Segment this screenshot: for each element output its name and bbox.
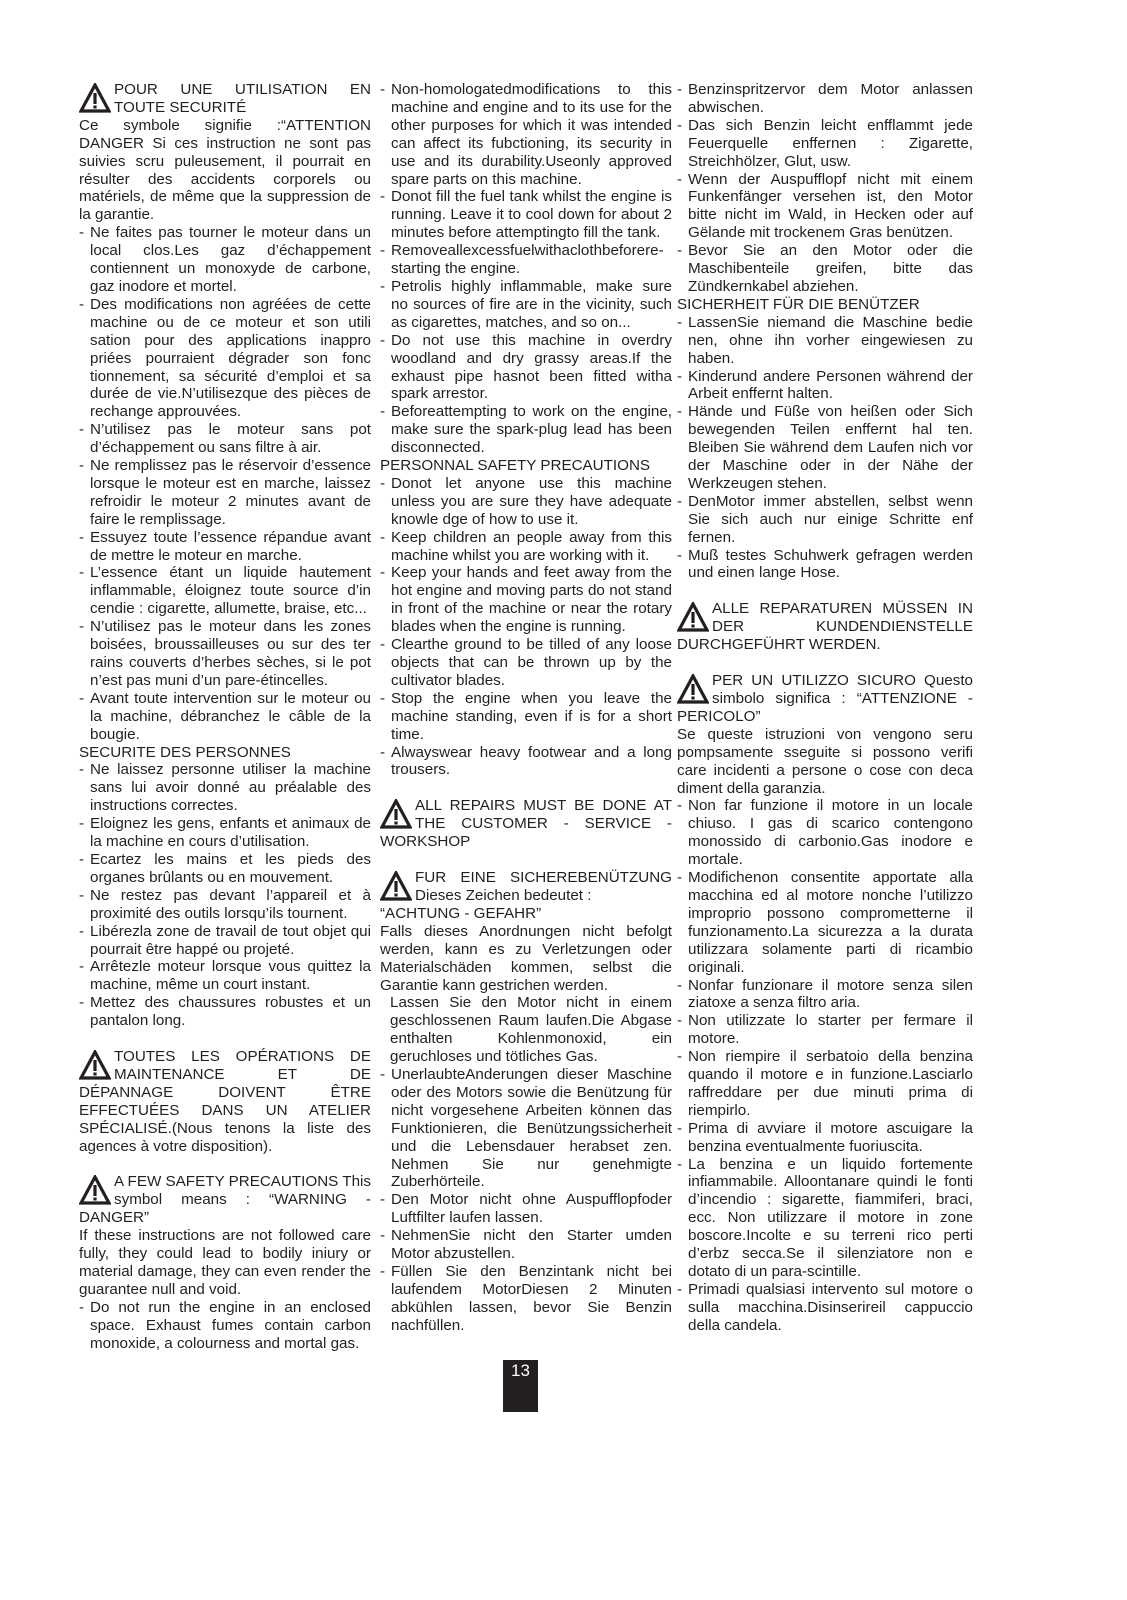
list-item: -Keep your hands and feet away from the … <box>380 564 672 636</box>
list-item-text: Non utilizzate lo starter per fermare il… <box>688 1012 973 1047</box>
bullet-dash: - <box>79 457 90 475</box>
list-item-text: Donot fill the fuel tank whilst the engi… <box>391 188 672 241</box>
bullet-dash: - <box>677 314 688 332</box>
bullet-dash: - <box>677 797 688 815</box>
list-item-text: Keep children an people away from this m… <box>391 529 672 564</box>
bullet-dash: - <box>79 1299 90 1317</box>
list-item: -N’utilisez pas le moteur dans les zones… <box>79 618 371 690</box>
list-item: -Removeallexcessfuelwithaclothbeforere-s… <box>380 242 672 278</box>
warning-notice: ALLE REPARATUREN MÜSSEN IN DER KUNDENDIE… <box>677 600 973 654</box>
bullet-dash: - <box>380 403 391 421</box>
list-item-text: Ne faites pas tourner le moteur dans un … <box>90 224 371 295</box>
bullet-dash: - <box>677 1048 688 1066</box>
list-item-text: Hände und Füße von heißen oder Sich bewe… <box>688 403 973 492</box>
bullet-dash: - <box>79 761 90 779</box>
list-item-text: Eloignez les gens, enfants et animaux de… <box>90 815 371 850</box>
list-item: -Do not run the engine in an enclosed sp… <box>79 1299 371 1353</box>
bullet-dash: - <box>79 815 90 833</box>
warning-notice: FUR EINE SICHEREBENÜTZUNG Dieses Zeichen… <box>380 869 672 905</box>
list-item-text: Mettez des chaussures robustes et un pan… <box>90 994 371 1029</box>
section-heading: SICHERHEIT FÜR DIE BENÜTZER <box>677 296 973 314</box>
list-item: -UnerlaubteAnderungen dieser Maschine od… <box>380 1066 672 1191</box>
list-item-text: Wenn der Auspufflopf nicht mit einem Fun… <box>688 171 973 242</box>
list-item-text: La benzina e un liquido fortemente infia… <box>688 1156 973 1280</box>
bullet-dash: - <box>677 1012 688 1030</box>
list-item-text: Das sich Benzin leicht enfflammt jede Fe… <box>688 117 973 170</box>
warning-title: PER UN UTILIZZO SICURO Questo simbolo si… <box>677 672 973 725</box>
paragraph: Ce symbole signifie :“ATTENTION DANGER S… <box>79 117 371 224</box>
list-item-text: Füllen Sie den Benzintank nicht bei lauf… <box>391 1263 672 1334</box>
list-item: -Primadi qualsiasi intervento sul motore… <box>677 1281 973 1335</box>
list-item-text: NehmenSie nicht den Starter umden Motor … <box>391 1227 672 1262</box>
list-item-text: Benzinspritzervor dem Motor anlassen abw… <box>688 81 973 116</box>
spacer <box>79 1155 371 1173</box>
bullet-dash: - <box>79 958 90 976</box>
list-item: -Das sich Benzin leicht enfflammt jede F… <box>677 117 973 171</box>
spacer <box>380 779 672 797</box>
warning-notice: PER UN UTILIZZO SICURO Questo simbolo si… <box>677 672 973 726</box>
bullet-dash: - <box>380 564 391 582</box>
list-item: -Alwayswear heavy footwear and a long tr… <box>380 744 672 780</box>
list-item-text: Stop the engine when you leave the machi… <box>391 690 672 743</box>
list-item-text: Donot let anyone use this machine unless… <box>391 475 672 528</box>
list-item: -Benzinspritzervor dem Motor anlassen ab… <box>677 81 973 117</box>
list-item-text: Primadi qualsiasi intervento sul motore … <box>688 1281 973 1334</box>
warning-title: FUR EINE SICHEREBENÜTZUNG Dieses Zeichen… <box>415 869 672 904</box>
list-item: -Kinderund andere Personen während der A… <box>677 368 973 404</box>
bullet-dash: - <box>677 1120 688 1138</box>
list-item-text: LassenSie niemand die Maschine bedie nen… <box>688 314 973 367</box>
list-item: -Ecartez les mains et les pieds des orga… <box>79 851 371 887</box>
list-item: -Ne faites pas tourner le moteur dans un… <box>79 224 371 296</box>
bullet-dash: - <box>79 690 90 708</box>
list-item: -Muß testes Schuhwerk gefragen werden un… <box>677 547 973 583</box>
list-item-text: Arrêtezle moteur lorsque vous quittez la… <box>90 958 371 993</box>
bullet-dash: - <box>380 1227 391 1245</box>
warning-title: TOUTES LES OPÉRATIONS DE MAINTENANCE ET … <box>79 1048 371 1155</box>
spacer <box>677 582 973 600</box>
warning-title: A FEW SAFETY PRECAUTIONS This symbol mea… <box>79 1173 371 1226</box>
bullet-dash: - <box>79 994 90 1012</box>
list-item: -Mettez des chaussures robustes et un pa… <box>79 994 371 1030</box>
list-item: -L’essence étant un liquide hautement in… <box>79 564 371 618</box>
list-item: -Donot let anyone use this machine unles… <box>380 475 672 529</box>
list-item-text: Non far funzione il motore in un locale … <box>688 797 973 868</box>
list-item: -Modifichenon consentite apportate alla … <box>677 869 973 976</box>
list-item: -Ne laissez personne utiliser la machine… <box>79 761 371 815</box>
warning-title: ALL REPAIRS MUST BE DONE AT THE CUSTOMER… <box>380 797 672 850</box>
list-item: -Beforeattempting to work on the engine,… <box>380 403 672 457</box>
list-item: -Ne remplissez pas le réservoir d’essenc… <box>79 457 371 529</box>
list-item-text: Beforeattempting to work on the engine, … <box>391 403 672 456</box>
warning-title: POUR UNE UTILISATION EN TOUTE SECURITÉ <box>114 81 371 116</box>
list-item-text: Alwayswear heavy footwear and a long tro… <box>391 744 672 779</box>
bullet-dash: - <box>380 1191 391 1209</box>
list-item-text: UnerlaubteAnderungen dieser Maschine ode… <box>391 1066 672 1190</box>
bullet-dash: - <box>677 403 688 421</box>
list-item: -Arrêtezle moteur lorsque vous quittez l… <box>79 958 371 994</box>
list-item-text: N’utilisez pas le moteur dans les zones … <box>90 618 371 689</box>
list-item: -Clearthe ground to be tilled of any loo… <box>380 636 672 690</box>
paragraph: If these instructions are not followed c… <box>79 1227 371 1299</box>
list-item: -NehmenSie nicht den Starter umden Motor… <box>380 1227 672 1263</box>
bullet-dash: - <box>380 278 391 296</box>
list-item: -Stop the engine when you leave the mach… <box>380 690 672 744</box>
list-item-text: Ne remplissez pas le réservoir d’essence… <box>90 457 371 528</box>
paragraph: “ACHTUNG - GEFAHR” <box>380 905 672 923</box>
paragraph: Se queste istruzioni von vengono seru po… <box>677 726 973 798</box>
bullet-dash: - <box>677 869 688 887</box>
warning-notice: ALL REPAIRS MUST BE DONE AT THE CUSTOMER… <box>380 797 672 851</box>
list-item-text: Modifichenon consentite apportate alla m… <box>688 869 973 976</box>
bullet-dash: - <box>677 547 688 565</box>
bullet-dash: - <box>380 1066 391 1084</box>
warning-triangle-icon <box>79 1175 111 1205</box>
list-item-text: Kinderund andere Personen während der Ar… <box>688 368 973 403</box>
list-item: -Eloignez les gens, enfants et animaux d… <box>79 815 371 851</box>
warning-triangle-icon <box>79 1050 111 1080</box>
list-item: -Wenn der Auspufflopf nicht mit einem Fu… <box>677 171 973 243</box>
list-item-text: Keep your hands and feet away from the h… <box>391 564 672 635</box>
warning-notice: TOUTES LES OPÉRATIONS DE MAINTENANCE ET … <box>79 1048 371 1155</box>
list-item-text: Nonfar funzionare il motore senza silen … <box>688 977 973 1012</box>
list-item-text: Muß testes Schuhwerk gefragen werden und… <box>688 547 973 582</box>
warning-title: ALLE REPARATUREN MÜSSEN IN DER KUNDENDIE… <box>677 600 973 653</box>
bullet-dash: - <box>677 368 688 386</box>
list-item-text: Essuyez toute l’essence répandue avant d… <box>90 529 371 564</box>
bullet-dash: - <box>380 188 391 206</box>
page-number-badge: 13 <box>503 1360 538 1412</box>
list-item-text: N’utilisez pas le moteur sans pot d’écha… <box>90 421 371 456</box>
bullet-dash: - <box>677 1156 688 1174</box>
bullet-dash: - <box>79 618 90 636</box>
bullet-dash: - <box>79 564 90 582</box>
list-item: -Füllen Sie den Benzintank nicht bei lau… <box>380 1263 672 1335</box>
bullet-dash: - <box>79 421 90 439</box>
warning-notice: A FEW SAFETY PRECAUTIONS This symbol mea… <box>79 1173 371 1227</box>
bullet-dash: - <box>677 117 688 135</box>
bullet-dash: - <box>79 923 90 941</box>
bullet-dash: - <box>79 851 90 869</box>
list-item: -Non utilizzate lo starter per fermare i… <box>677 1012 973 1048</box>
warning-triangle-icon <box>677 602 709 632</box>
spacer <box>677 654 973 672</box>
list-item: -Keep children an people away from this … <box>380 529 672 565</box>
bullet-dash: - <box>79 529 90 547</box>
bullet-dash: - <box>380 529 391 547</box>
list-item: -Non-homologatedmodifications to this ma… <box>380 81 672 188</box>
spacer <box>380 851 672 869</box>
warning-triangle-icon <box>380 799 412 829</box>
list-item-text: Non riempire il serbatoio della benzina … <box>688 1048 973 1119</box>
section-heading: PERSONNAL SAFETY PRECAUTIONS <box>380 457 672 475</box>
paragraph: Falls dieses Anordnungen nicht befolgt w… <box>380 923 672 995</box>
bullet-dash: - <box>380 242 391 260</box>
column-english-german: -Non-homologatedmodifications to this ma… <box>380 81 672 1335</box>
bullet-dash: - <box>79 224 90 242</box>
bullet-dash: - <box>380 475 391 493</box>
list-item: -Des modifications non agréées de cette … <box>79 296 371 421</box>
list-item: -Non far funzione il motore in un locale… <box>677 797 973 869</box>
list-item: -Bevor Sie an den Motor oder die Maschib… <box>677 242 973 296</box>
list-item-text: Libérezla zone de travail de tout objet … <box>90 923 371 958</box>
list-item-text: Avant toute intervention sur le moteur o… <box>90 690 371 743</box>
bullet-dash: - <box>380 81 391 99</box>
bullet-dash: - <box>79 296 90 314</box>
list-item: -Non riempire il serbatoio della benzina… <box>677 1048 973 1120</box>
bullet-dash: - <box>677 171 688 189</box>
warning-triangle-icon <box>677 674 709 704</box>
list-item: -Den Motor nicht ohne Auspufflopfoder Lu… <box>380 1191 672 1227</box>
list-item: -LassenSie niemand die Maschine bedie ne… <box>677 314 973 368</box>
list-item: -Avant toute intervention sur le moteur … <box>79 690 371 744</box>
bullet-dash: - <box>677 493 688 511</box>
list-item: -Petrolis highly inflammable, make sure … <box>380 278 672 332</box>
list-item: -Hände und Füße von heißen oder Sich bew… <box>677 403 973 493</box>
list-item-text: L’essence étant un liquide hautement inf… <box>90 564 371 617</box>
bullet-dash: - <box>380 690 391 708</box>
warning-triangle-icon <box>380 871 412 901</box>
list-item-text: Ne laissez personne utiliser la machine … <box>90 761 371 814</box>
warning-notice: POUR UNE UTILISATION EN TOUTE SECURITÉ <box>79 81 371 117</box>
list-item: -Nonfar funzionare il motore senza silen… <box>677 977 973 1013</box>
list-item: -La benzina e un liquido fortemente infi… <box>677 1156 973 1281</box>
section-heading: SECURITE DES PERSONNES <box>79 744 371 762</box>
list-item-text: Removeallexcessfuelwithaclothbeforere-st… <box>391 242 664 277</box>
list-item: -Essuyez toute l’essence répandue avant … <box>79 529 371 565</box>
list-item: -N’utilisez pas le moteur sans pot d’éch… <box>79 421 371 457</box>
list-item-text: Ne restez pas devant l’appareil et à pro… <box>90 887 371 922</box>
spacer <box>79 1030 371 1048</box>
bullet-dash: - <box>380 744 391 762</box>
list-item-text: Do not use this machine in overdry woodl… <box>391 332 672 403</box>
list-item-text: Des modifications non agréées de cette m… <box>90 296 371 420</box>
list-item-text: Den Motor nicht ohne Auspufflopfoder Luf… <box>391 1191 672 1226</box>
list-item: -Ne restez pas devant l’appareil et à pr… <box>79 887 371 923</box>
bullet-dash: - <box>79 887 90 905</box>
list-item-text: Bevor Sie an den Motor oder die Maschibe… <box>688 242 973 295</box>
bullet-dash: - <box>677 1281 688 1299</box>
bullet-dash: - <box>380 1263 391 1281</box>
list-item-text: Clearthe ground to be tilled of any loos… <box>391 636 672 689</box>
list-item: -Libérezla zone de travail de tout objet… <box>79 923 371 959</box>
list-item-text: Non-homologatedmodifications to this mac… <box>391 81 672 188</box>
column-french: POUR UNE UTILISATION EN TOUTE SECURITÉCe… <box>79 81 371 1353</box>
bullet-dash: - <box>677 242 688 260</box>
list-item-text: Do not run the engine in an enclosed spa… <box>90 1299 371 1352</box>
list-item-text: DenMotor immer abstellen, selbst wenn Si… <box>688 493 973 546</box>
list-item: -Do not use this machine in overdry wood… <box>380 332 672 404</box>
list-item-text: Petrolis highly inflammable, make sure n… <box>391 278 672 331</box>
bullet-dash: - <box>380 636 391 654</box>
bullet-dash: - <box>677 977 688 995</box>
indented-paragraph: Lassen Sie den Motor nicht in einem gesc… <box>380 994 672 1066</box>
bullet-dash: - <box>677 81 688 99</box>
list-item: -Prima di avviare il motore ascuigare la… <box>677 1120 973 1156</box>
list-item-text: Prima di avviare il motore ascuigare la … <box>688 1120 973 1155</box>
list-item: -DenMotor immer abstellen, selbst wenn S… <box>677 493 973 547</box>
column-german-italian: -Benzinspritzervor dem Motor anlassen ab… <box>677 81 973 1335</box>
list-item-text: Ecartez les mains et les pieds des organ… <box>90 851 371 886</box>
warning-triangle-icon <box>79 83 111 113</box>
list-item: -Donot fill the fuel tank whilst the eng… <box>380 188 672 242</box>
bullet-dash: - <box>380 332 391 350</box>
